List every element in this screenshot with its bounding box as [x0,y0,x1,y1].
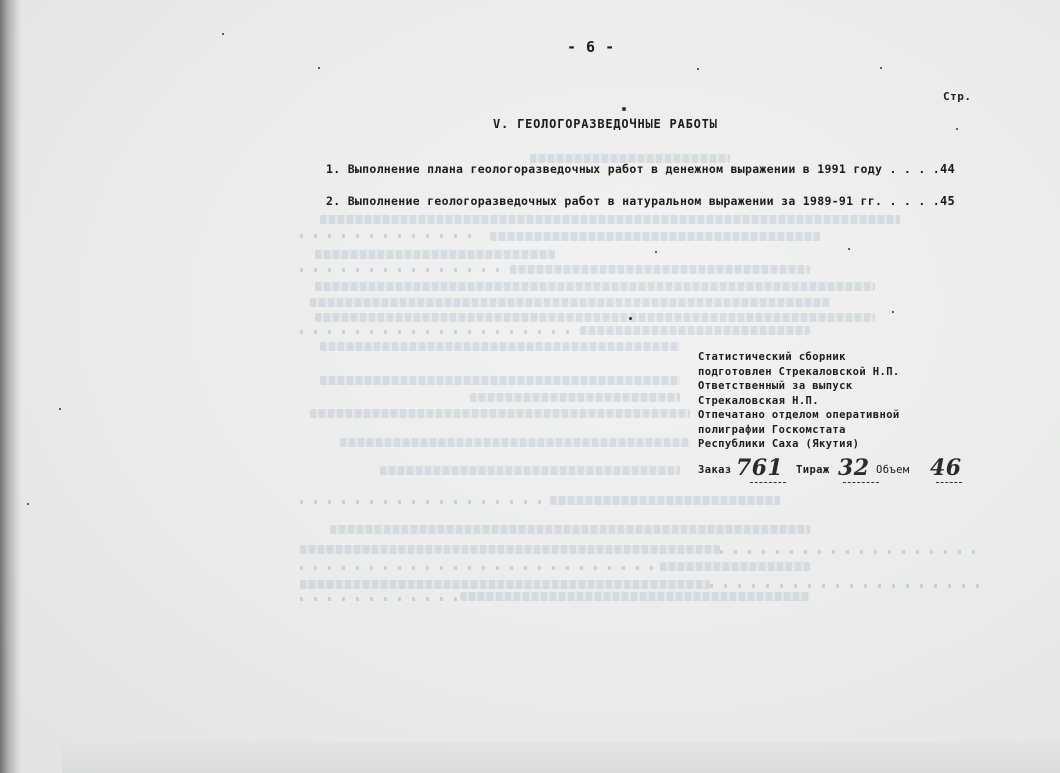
toc-item-number: 2. [326,194,340,208]
colophon: Статистический сборник подготовлен Стрек… [698,350,900,452]
toc-item-page: 44 [940,162,955,176]
order-label: Заказ [698,464,732,476]
volume-underline [936,482,962,483]
print-run-underline [843,482,879,483]
toc-item-text: Выполнение геологоразведочных работ в на… [348,194,940,208]
toc-item-page: 45 [940,194,955,208]
colophon-line: полиграфии Госкомстата [698,423,900,438]
colophon-line: подготовлен Стрекаловской Н.П. [698,365,900,380]
colophon-line: Республики Саха (Якутия) [698,437,900,452]
print-run-label: Тираж [796,464,830,476]
toc-item-text: Выполнение плана геологоразведочных рабо… [348,162,940,176]
toc-item-number: 1. [326,162,340,176]
scan-edge-shadow [0,0,22,773]
colophon-line: Отпечатано отделом оперативной [698,408,900,423]
page-number: - 6 - [567,38,615,56]
volume-value-handwritten: 46 [930,455,961,481]
toc-item: 1. Выполнение плана геологоразведочных р… [326,162,940,176]
colophon-line: Ответственный за выпуск [698,379,900,394]
scan-bottom-shadow [62,742,1060,773]
toc-item: 2. Выполнение геологоразведочных работ в… [326,194,940,208]
section-title: V. ГЕОЛОГОРАЗВЕДОЧНЫЕ РАБОТЫ [493,117,718,131]
order-value-handwritten: 761 [736,455,783,481]
document-page: - 6 - Стр. V. ГЕОЛОГОРАЗВЕДОЧНЫЕ РАБОТЫ … [0,0,1060,773]
print-run-value-handwritten: 32 [838,455,869,481]
order-underline [750,482,786,483]
colophon-line: Статистический сборник [698,350,900,365]
volume-label: Объем [876,464,910,476]
page-column-header: Стр. [943,90,972,103]
colophon-line: Стрекаловская Н.П. [698,394,900,409]
